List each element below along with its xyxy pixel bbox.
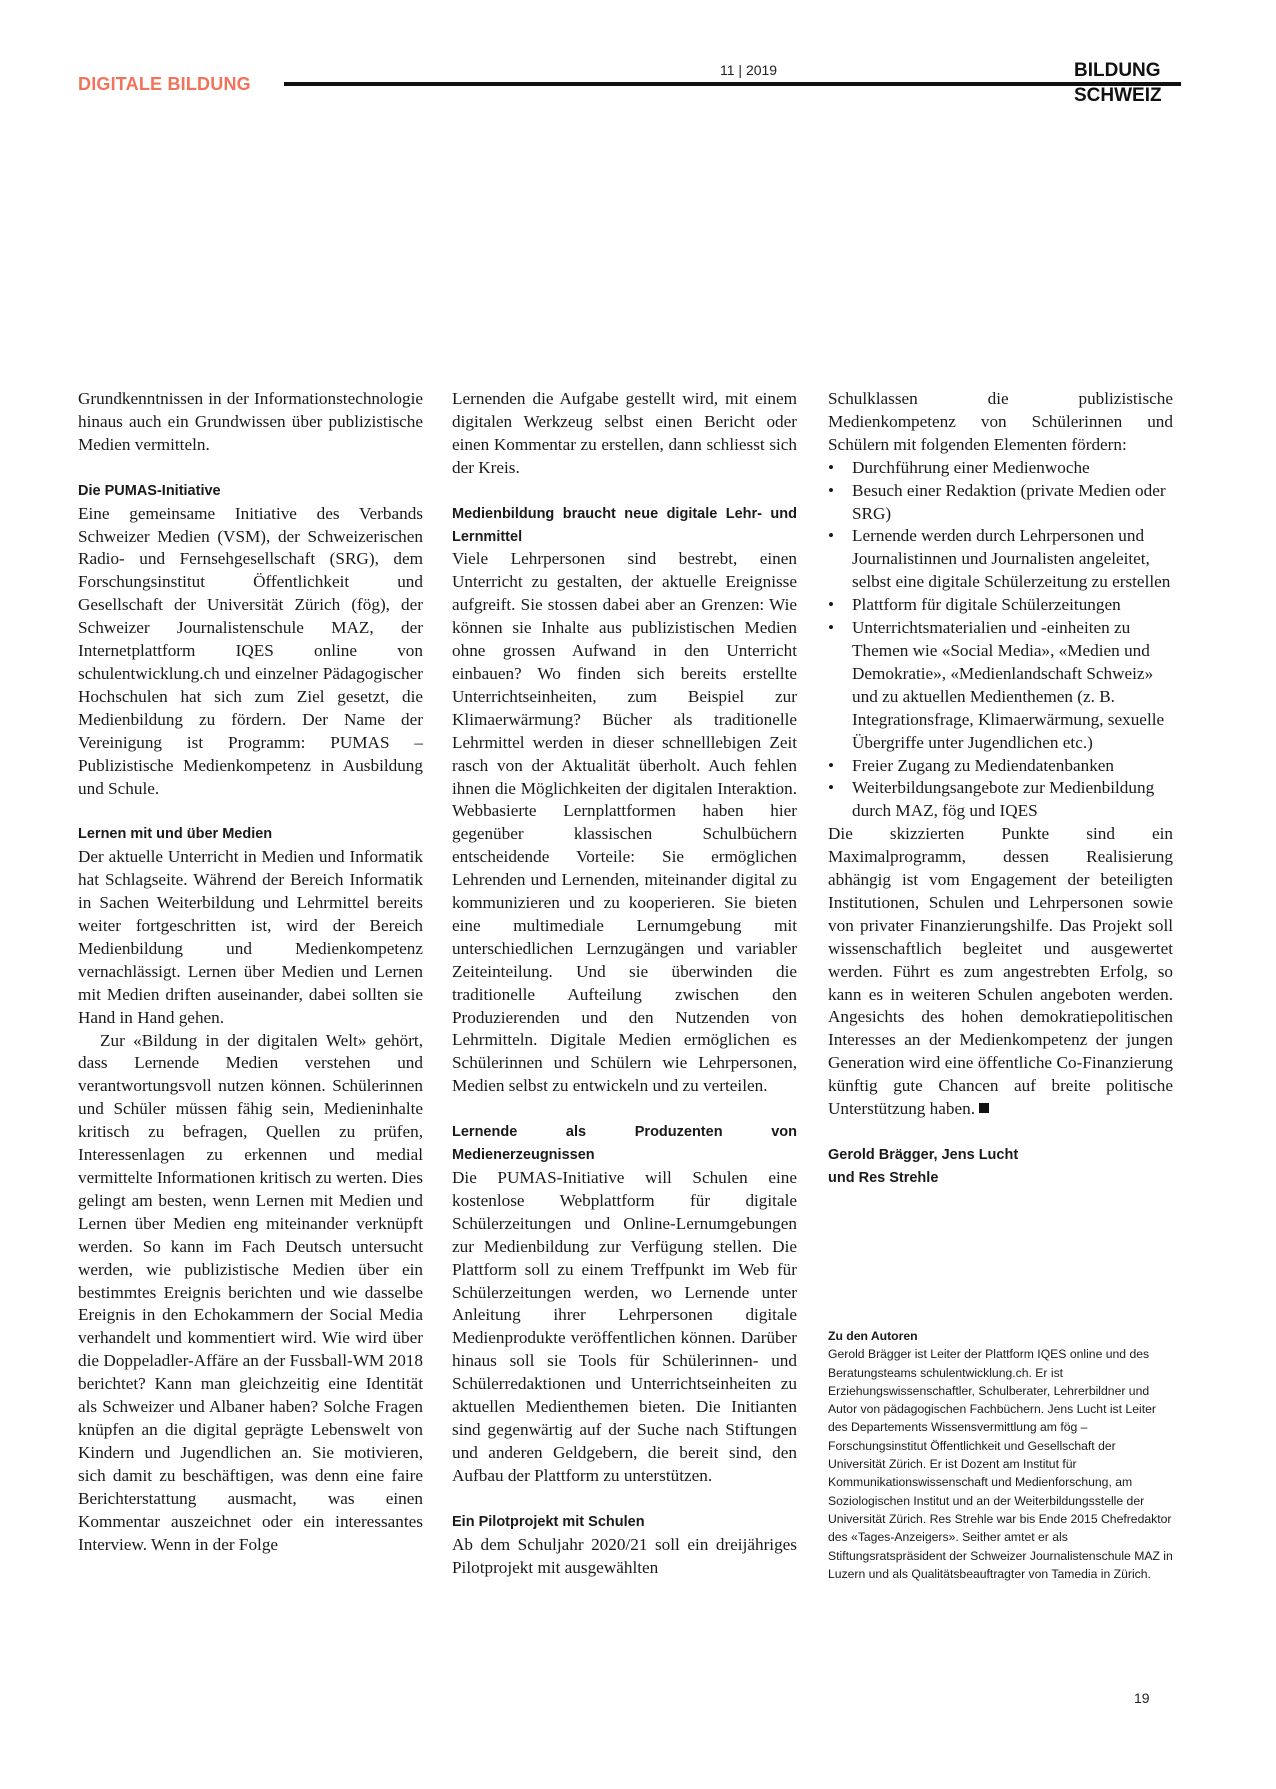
article-column-2: Lernenden die Aufgabe gestellt wird, mit… <box>452 388 797 1579</box>
bullet-icon: • <box>828 525 834 548</box>
header-rule <box>284 82 1181 86</box>
paragraph: Die skizzierten Punkte sind ein Maximalp… <box>828 823 1173 1121</box>
bullet-icon: • <box>828 594 834 617</box>
bullet-icon: • <box>828 480 834 503</box>
section-label: DIGITALE BILDUNG <box>78 74 251 95</box>
bullet-icon: • <box>828 457 834 480</box>
section-heading: Lernen mit und über Medien <box>78 823 423 846</box>
paragraph: Schulklassen die publizistische Medienko… <box>828 388 1173 457</box>
list-item: •Freier Zugang zu Mediendatenbanken <box>828 755 1173 778</box>
publication-brand: BILDUNG SCHWEIZ <box>1074 58 1162 108</box>
author-byline: Gerold Brägger, Jens Lucht und Res Streh… <box>828 1144 1173 1190</box>
paragraph: Viele Lehrpersonen sind bestrebt, einen … <box>452 548 797 1098</box>
article-column-3: Schulklassen die publizistische Medienko… <box>828 388 1173 1190</box>
brand-line-2: SCHWEIZ <box>1074 83 1162 108</box>
list-item: •Lernende werden durch Lehrpersonen und … <box>828 525 1173 594</box>
bullet-list: •Durchführung einer Medienwoche •Besuch … <box>828 457 1173 824</box>
section-heading: Die PUMAS-Initiative <box>78 480 423 503</box>
paragraph: Grundkenntnissen in der Informationstech… <box>78 388 423 457</box>
bio-heading: Zu den Autoren <box>828 1327 1173 1345</box>
paragraph: Die PUMAS-Initiative will Schulen eine k… <box>452 1167 797 1488</box>
list-item: •Unterrichtsmaterialien und -einheiten z… <box>828 617 1173 754</box>
brand-line-1: BILDUNG <box>1074 58 1162 83</box>
paragraph: Ab dem Schuljahr 2020/21 soll ein dreijä… <box>452 1534 797 1580</box>
list-item: •Besuch einer Redaktion (private Medien … <box>828 480 1173 526</box>
section-heading: Ein Pilotprojekt mit Schulen <box>452 1511 797 1534</box>
list-item: •Weiterbildungsangebote zur Medienbildun… <box>828 777 1173 823</box>
list-item: •Plattform für digitale Schülerzeitungen <box>828 594 1173 617</box>
paragraph: Zur «Bildung in der digitalen Welt» gehö… <box>78 1030 423 1557</box>
paragraph: Eine gemeinsame Initiative des Verbands … <box>78 503 423 801</box>
paragraph: Lernenden die Aufgabe gestellt wird, mit… <box>452 388 797 480</box>
bullet-icon: • <box>828 777 834 800</box>
bullet-icon: • <box>828 617 834 640</box>
bullet-icon: • <box>828 755 834 778</box>
author-bio-box: Zu den Autoren Gerold Brägger ist Leiter… <box>828 1327 1173 1583</box>
bio-text: Gerold Brägger ist Leiter der Plattform … <box>828 1345 1173 1583</box>
page-number: 19 <box>1134 1690 1150 1706</box>
article-column-1: Grundkenntnissen in der Informationstech… <box>78 388 423 1556</box>
page-header: DIGITALE BILDUNG 11 | 2019 BILDUNG SCHWE… <box>0 0 1276 120</box>
section-heading: Lernende als Produzenten von Medienerzeu… <box>452 1121 797 1167</box>
list-item: •Durchführung einer Medienwoche <box>828 457 1173 480</box>
issue-number: 11 | 2019 <box>720 62 777 78</box>
end-of-article-square-icon <box>979 1103 989 1113</box>
section-heading: Medienbildung braucht neue digitale Lehr… <box>452 503 797 549</box>
paragraph: Der aktuelle Unterricht in Medien und In… <box>78 846 423 1029</box>
